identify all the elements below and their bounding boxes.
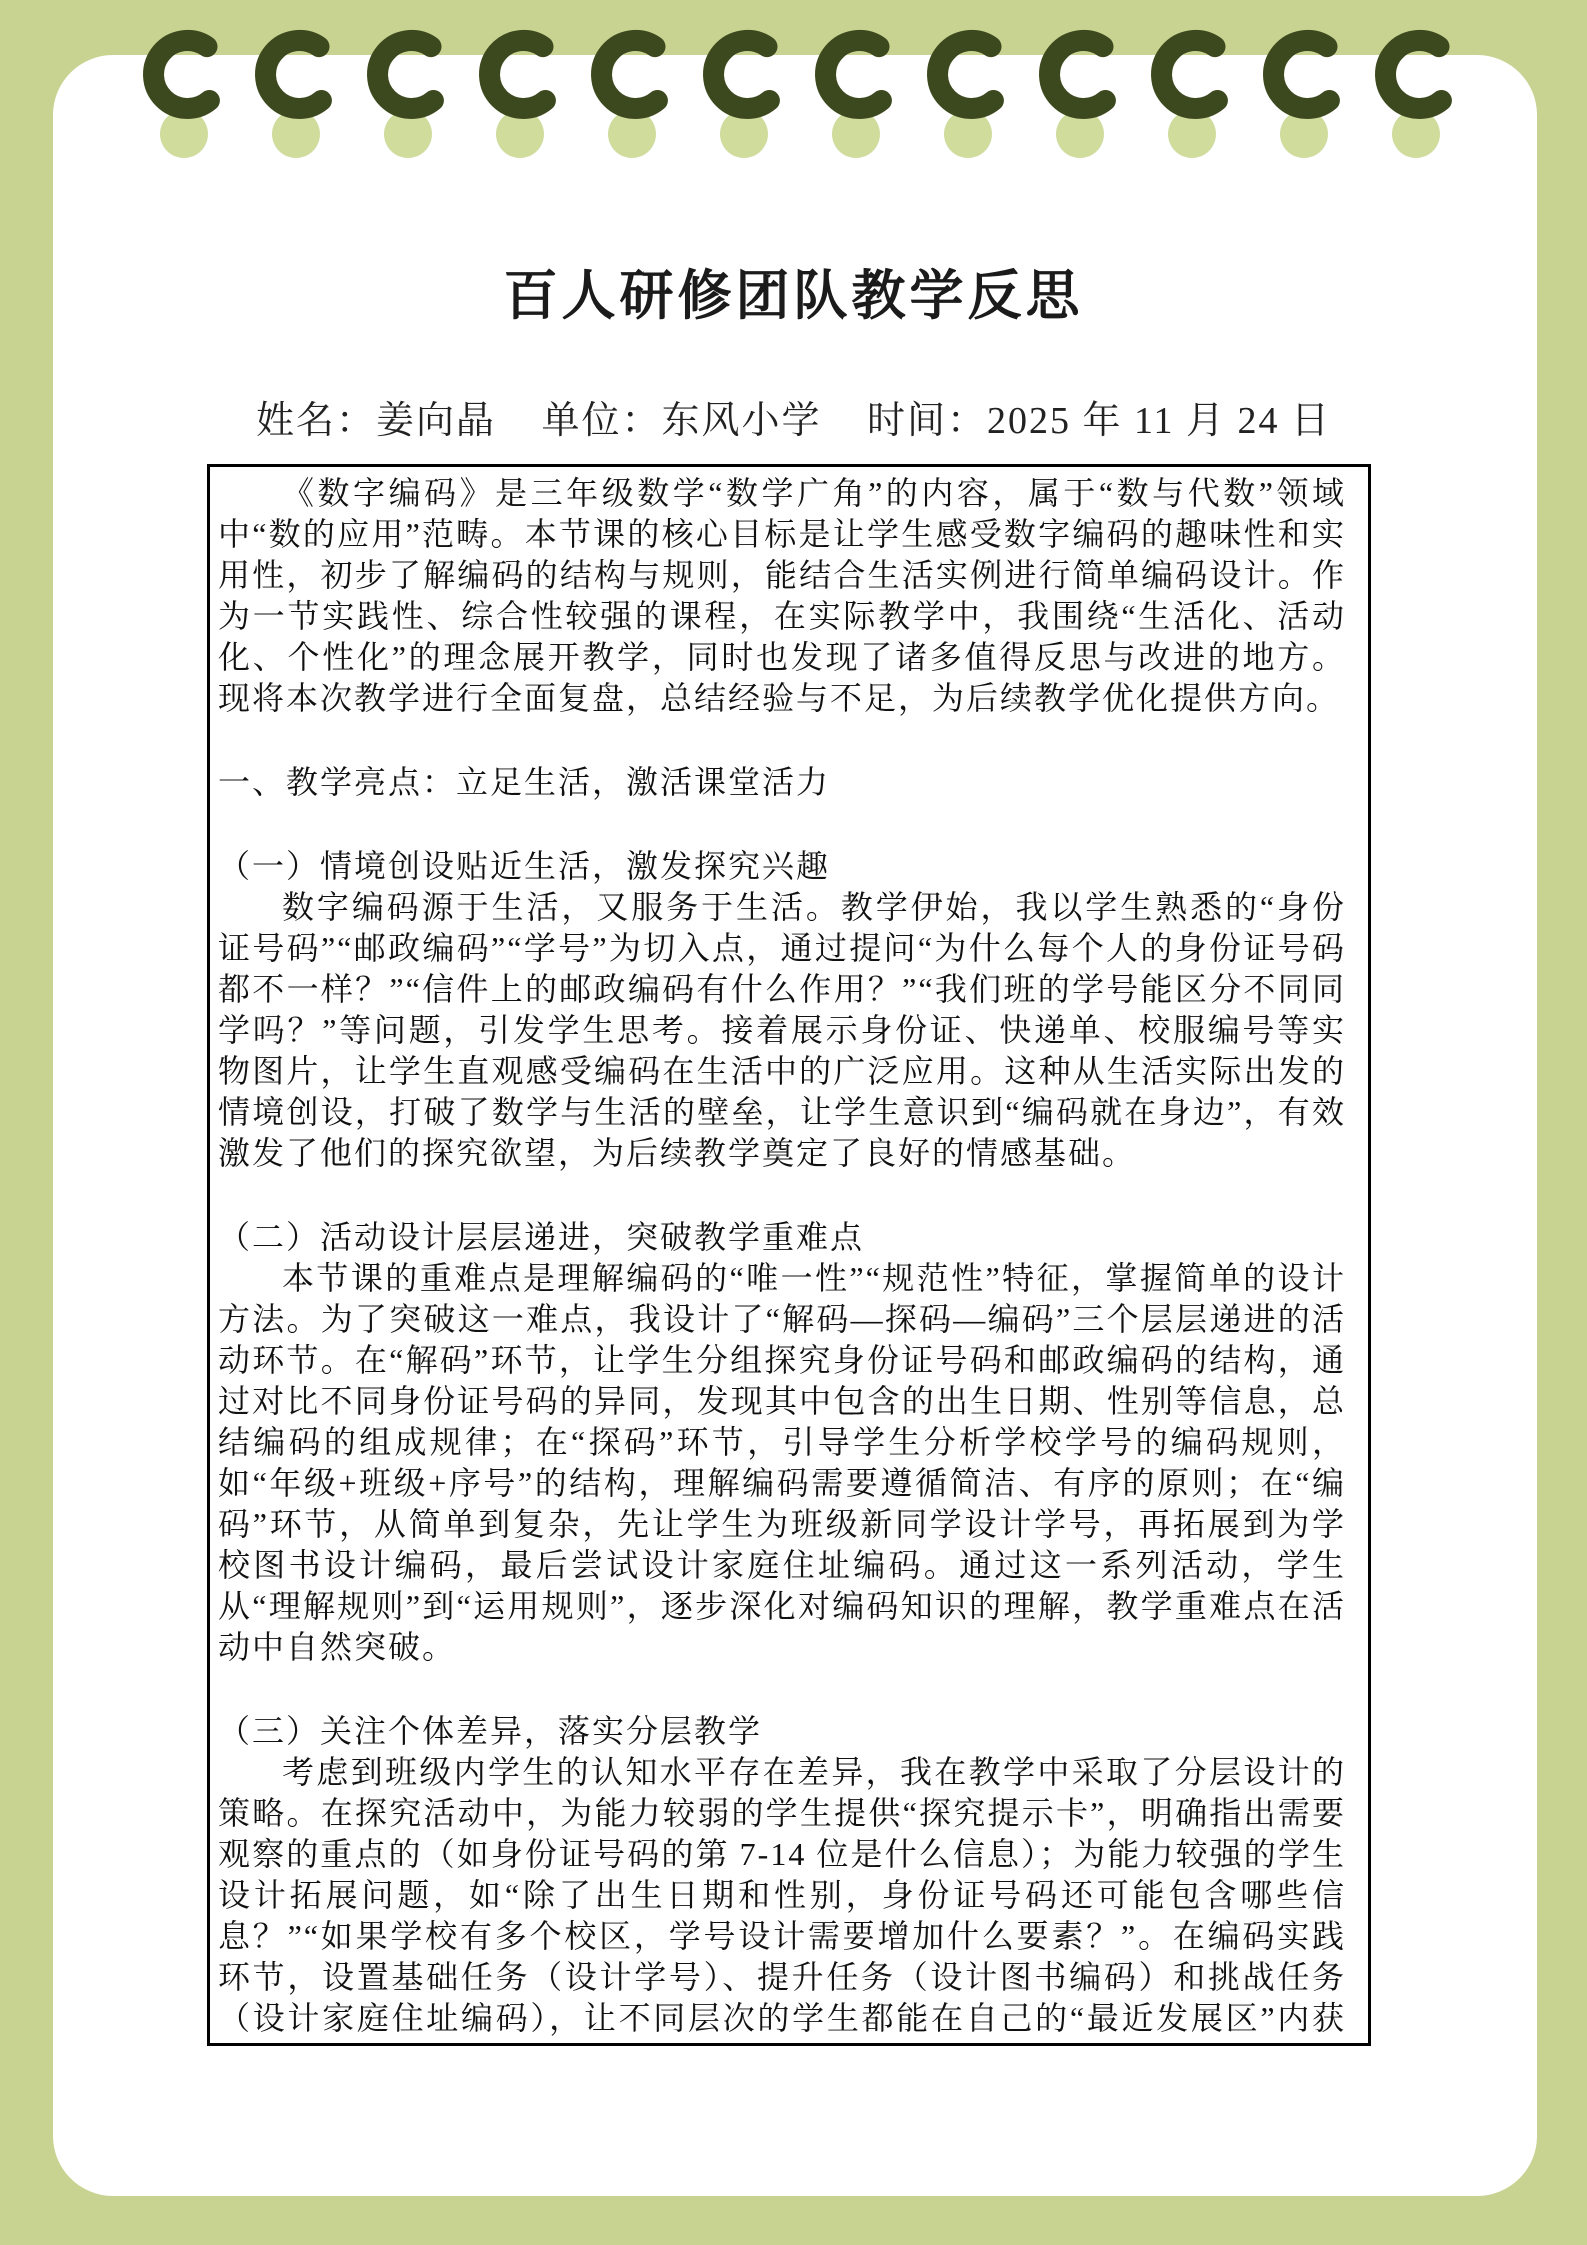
intro-paragraph: 《数字编码》是三年级数学“数学广角”的内容，属于“数与代数”领域中“数的应用”范… bbox=[218, 473, 1346, 719]
subsection-heading-1: （一）情境创设贴近生活，激发探究兴趣 bbox=[218, 846, 1346, 887]
subsection-paragraph-3: 考虑到班级内学生的认知水平存在差异，我在教学中采取了分层设计的策略。在探究活动中… bbox=[218, 1752, 1346, 2046]
spiral-ring bbox=[926, 29, 1018, 161]
ring-wire bbox=[1386, 40, 1442, 108]
subsection-paragraph-1: 数字编码源于生活，又服务于生活。教学伊始，我以学生熟悉的“身份证号码”“邮政编码… bbox=[218, 887, 1346, 1174]
ring-wire bbox=[266, 40, 322, 108]
blank-line bbox=[218, 1174, 1346, 1217]
spiral-ring bbox=[142, 29, 234, 161]
ring-wire bbox=[1050, 40, 1106, 108]
spiral-ring bbox=[814, 29, 906, 161]
spiral-ring bbox=[478, 29, 570, 161]
ring-wire bbox=[602, 40, 658, 108]
ring-wire bbox=[154, 40, 210, 108]
ring-wire bbox=[938, 40, 994, 108]
spiral-ring bbox=[254, 29, 346, 161]
name-field: 姓名：姜向晶 bbox=[256, 400, 496, 442]
blank-line bbox=[218, 803, 1346, 846]
reflection-text-box: 《数字编码》是三年级数学“数学广角”的内容，属于“数与代数”领域中“数的应用”范… bbox=[207, 464, 1371, 2046]
unit-field: 单位：东风小学 bbox=[541, 400, 821, 442]
date-field: 时间：2025 年 11 月 24 日 bbox=[867, 400, 1331, 442]
spiral-ring bbox=[1374, 29, 1466, 161]
spiral-ring bbox=[1038, 29, 1130, 161]
ring-wire bbox=[1162, 40, 1218, 108]
section-heading-highlights: 一、教学亮点：立足生活，激活课堂活力 bbox=[218, 762, 1346, 803]
spiral-ring bbox=[590, 29, 682, 161]
spiral-ring bbox=[366, 29, 458, 161]
spiral-ring bbox=[702, 29, 794, 161]
ring-wire bbox=[714, 40, 770, 108]
ring-wire bbox=[826, 40, 882, 108]
byline: 姓名：姜向晶 单位：东风小学 时间：2025 年 11 月 24 日 bbox=[0, 398, 1587, 444]
page-title: 百人研修团队教学反思 bbox=[0, 264, 1587, 328]
spiral-rings bbox=[0, 0, 1587, 200]
ring-wire bbox=[490, 40, 546, 108]
subsection-paragraph-2: 本节课的重难点是理解编码的“唯一性”“规范性”特征，掌握简单的设计方法。为了突破… bbox=[218, 1258, 1346, 1668]
spiral-ring bbox=[1262, 29, 1354, 161]
subsection-heading-3: （三）关注个体差异，落实分层教学 bbox=[218, 1711, 1346, 1752]
ring-wire bbox=[378, 40, 434, 108]
blank-line bbox=[218, 719, 1346, 762]
spiral-ring bbox=[1150, 29, 1242, 161]
ring-wire bbox=[1274, 40, 1330, 108]
blank-line bbox=[218, 1668, 1346, 1711]
subsection-heading-2: （二）活动设计层层递进，突破教学重难点 bbox=[218, 1217, 1346, 1258]
